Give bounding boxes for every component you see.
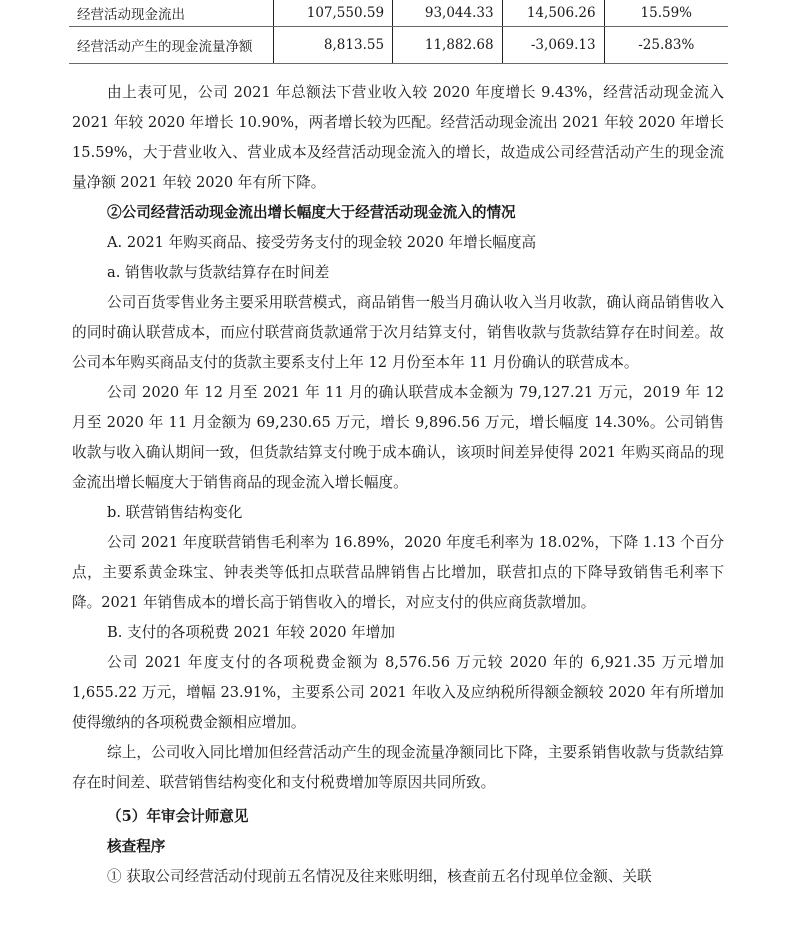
value-rate: -25.83% [604,27,728,64]
value-2021: 8,813.55 [273,27,392,64]
heading-auditor-opinion: （5）年审会计师意见 [72,802,724,832]
value-change: 14,506.26 [502,0,604,27]
paragraph-taxes: 公司 2021 年度支付的各项税费金额为 8,576.56 万元较 2020 年… [72,648,724,738]
heading-verification-procedure: 核查程序 [72,832,724,862]
paragraph-cost-amount: 公司 2020 年 12 月至 2021 年 11 月的确认联营成本金额为 79… [72,378,724,498]
heading-b: b. 联营销售结构变化 [72,498,724,528]
heading-outflow-growth: ②公司经营活动现金流出增长幅度大于经营活动现金流入的情况 [72,198,724,228]
value-rate: 15.59% [604,0,728,27]
table-row: 经营活动现金流出 107,550.59 93,044.33 14,506.26 … [69,0,728,27]
paragraph-conclusion: 综上，公司收入同比增加但经营活动产生的现金流量净额同比下降，主要系销售收款与货款… [72,738,724,798]
heading-A: A. 2021 年购买商品、接受劳务支付的现金较 2020 年增长幅度高 [72,228,724,258]
value-2021: 107,550.59 [273,0,392,27]
cash-flow-table: 经营活动现金流出 107,550.59 93,044.33 14,506.26 … [69,0,728,64]
paragraph-joint-operation: 公司百货零售业务主要采用联营模式，商品销售一般当月确认收入当月收款，确认商品销售… [72,288,724,378]
document-body: 由上表可见，公司 2021 年总额法下营业收入较 2020 年度增长 9.43%… [72,78,724,892]
row-label: 经营活动现金流出 [69,0,273,27]
paragraph-procedure-1: ① 获取公司经营活动付现前五名情况及往来账明细，核查前五名付现单位金额、关联 [72,862,724,892]
paragraph-summary: 由上表可见，公司 2021 年总额法下营业收入较 2020 年度增长 9.43%… [72,78,724,198]
heading-B: B. 支付的各项税费 2021 年较 2020 年增加 [72,618,724,648]
value-2020: 11,882.68 [393,27,503,64]
paragraph-margin: 公司 2021 年度联营销售毛利率为 16.89%，2020 年度毛利率为 18… [72,528,724,618]
table-row: 经营活动产生的现金流量净额 8,813.55 11,882.68 -3,069.… [69,27,728,64]
heading-a: a. 销售收款与货款结算存在时间差 [72,258,724,288]
value-2020: 93,044.33 [393,0,503,27]
value-change: -3,069.13 [502,27,604,64]
row-label: 经营活动产生的现金流量净额 [69,27,273,64]
